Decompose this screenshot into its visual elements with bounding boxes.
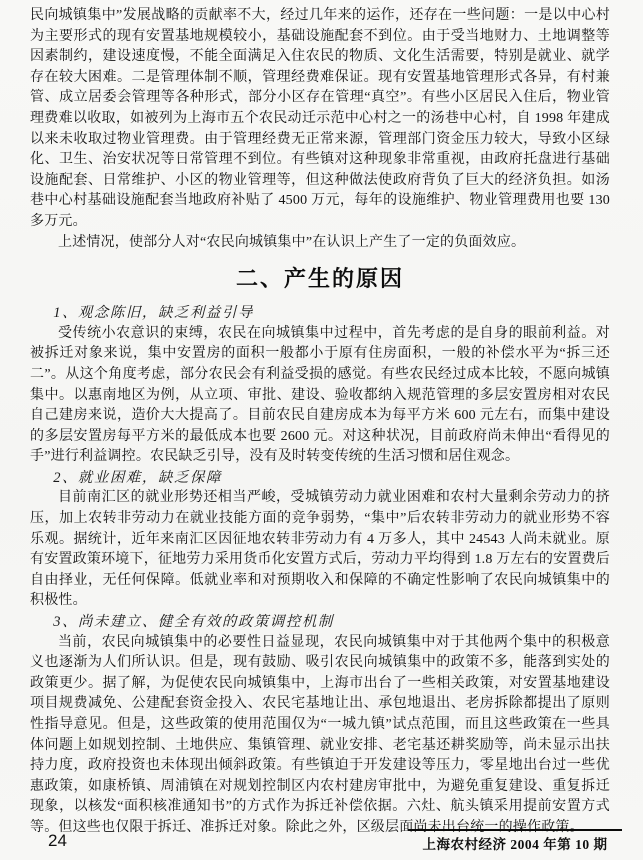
article-text-column: 民向城镇集中”发展战略的贡献率不大，经过几年来的运作，还存在一些问题：一是以中心… [30, 6, 610, 839]
summary-paragraph: 上述情况，使部分人对“农民向城镇集中”在认识上产生了一定的负面效应。 [30, 233, 610, 254]
section-heading-causes: 二、产生的原因 [30, 262, 610, 293]
document-page: 民向城镇集中”发展战略的贡献率不大，经过几年来的运作，还存在一些问题：一是以中心… [0, 0, 643, 860]
subsection-heading-2: 2、就业困难，缺乏保障 [30, 468, 610, 489]
subsection-2-paragraph: 目前南汇区的就业形势还相当严峻，受城镇劳动力就业困难和农村大量剩余劳动力的挤压，… [30, 488, 610, 612]
page-number: 24 [48, 831, 67, 851]
journal-citation: 上海农村经济 2004 年第 10 期 [408, 829, 622, 853]
continuation-paragraph: 民向城镇集中”发展战略的贡献率不大，经过几年来的运作，还存在一些问题：一是以中心… [30, 6, 610, 233]
subsection-heading-1: 1、观念陈旧，缺乏利益引导 [30, 303, 610, 324]
subsection-heading-3: 3、尚未建立、健全有效的政策调控机制 [30, 612, 610, 633]
subsection-1-paragraph: 受传统小农意识的束缚，农民在向城镇集中过程中，首先考虑的是自身的眼前利益。对被拆… [30, 324, 610, 468]
subsection-3-paragraph: 当前，农民向城镇集中的必要性日益显现，农民向城镇集中对于其他两个集中的积极意义也… [30, 633, 610, 839]
